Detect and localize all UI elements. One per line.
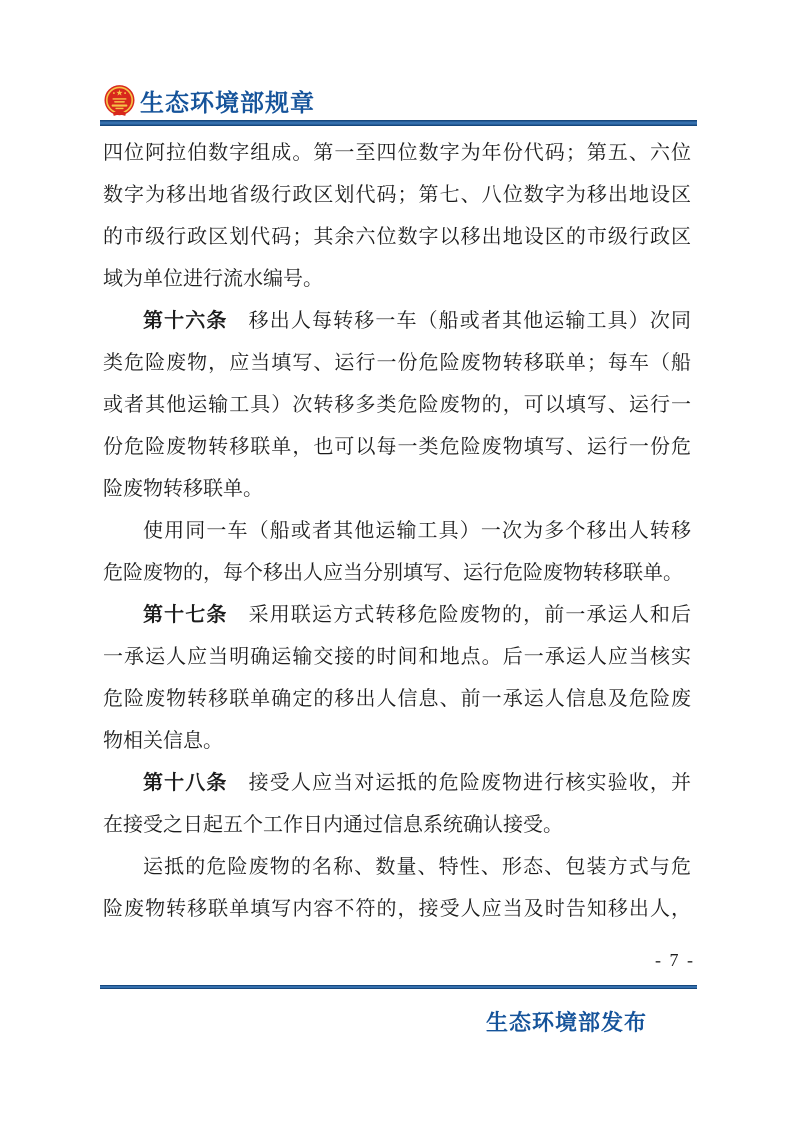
document-page: 生态环境部规章 四位阿拉伯数字组成。第一至四位数字为年份代码；第五、六位数字为移… — [0, 0, 793, 1122]
text-line: 或者其他运输工具）次转移多类危险废物的，可以填写、运行一 — [103, 384, 691, 426]
text-line: 使用同一车（船或者其他运输工具）一次为多个移出人转移 — [103, 510, 691, 552]
text-line: 险废物转移联单填写内容不符的，接受人应当及时告知移出人， — [103, 888, 691, 930]
footer-rule — [100, 985, 697, 989]
text-line: 第十七条 采用联运方式转移危险废物的，前一承运人和后 — [103, 594, 691, 636]
page-header: 生态环境部规章 — [103, 84, 700, 120]
article-number: 第十七条 — [143, 604, 227, 626]
text-line: 第十六条 移出人每转移一车（船或者其他运输工具）次同 — [103, 300, 691, 342]
text-line: 数字为移出地省级行政区划代码；第七、八位数字为移出地设区 — [103, 174, 691, 216]
text-line: 险废物转移联单。 — [103, 468, 691, 510]
text-line: 一承运人应当明确运输交接的时间和地点。后一承运人应当核实 — [103, 636, 691, 678]
text-line: 域为单位进行流水编号。 — [103, 258, 691, 300]
text-line: 物相关信息。 — [103, 720, 691, 762]
text-line: 危险废物的，每个移出人应当分别填写、运行危险废物转移联单。 — [103, 552, 691, 594]
text-line: 的市级行政区划代码；其余六位数字以移出地设区的市级行政区 — [103, 216, 691, 258]
header-title: 生态环境部规章 — [140, 87, 315, 121]
text-line: 在接受之日起五个工作日内通过信息系统确认接受。 — [103, 804, 691, 846]
document-body: 四位阿拉伯数字组成。第一至四位数字为年份代码；第五、六位数字为移出地省级行政区划… — [103, 132, 691, 930]
page-number: - 7 - — [655, 950, 695, 971]
article-number: 第十六条 — [143, 310, 227, 332]
text-line: 四位阿拉伯数字组成。第一至四位数字为年份代码；第五、六位 — [103, 132, 691, 174]
text-line: 份危险废物转移联单，也可以每一类危险废物填写、运行一份危 — [103, 426, 691, 468]
text-line: 运抵的危险废物的名称、数量、特性、形态、包装方式与危 — [103, 846, 691, 888]
publisher-label: 生态环境部发布 — [486, 1006, 647, 1037]
text-line: 危险废物转移联单确定的移出人信息、前一承运人信息及危险废 — [103, 678, 691, 720]
article-number: 第十八条 — [143, 772, 227, 794]
text-line: 第十八条 接受人应当对运抵的危险废物进行核实验收，并 — [103, 762, 691, 804]
header-rule — [100, 120, 697, 126]
text-line: 类危险废物，应当填写、运行一份危险废物转移联单；每车（船 — [103, 342, 691, 384]
china-national-emblem-icon — [103, 84, 136, 123]
